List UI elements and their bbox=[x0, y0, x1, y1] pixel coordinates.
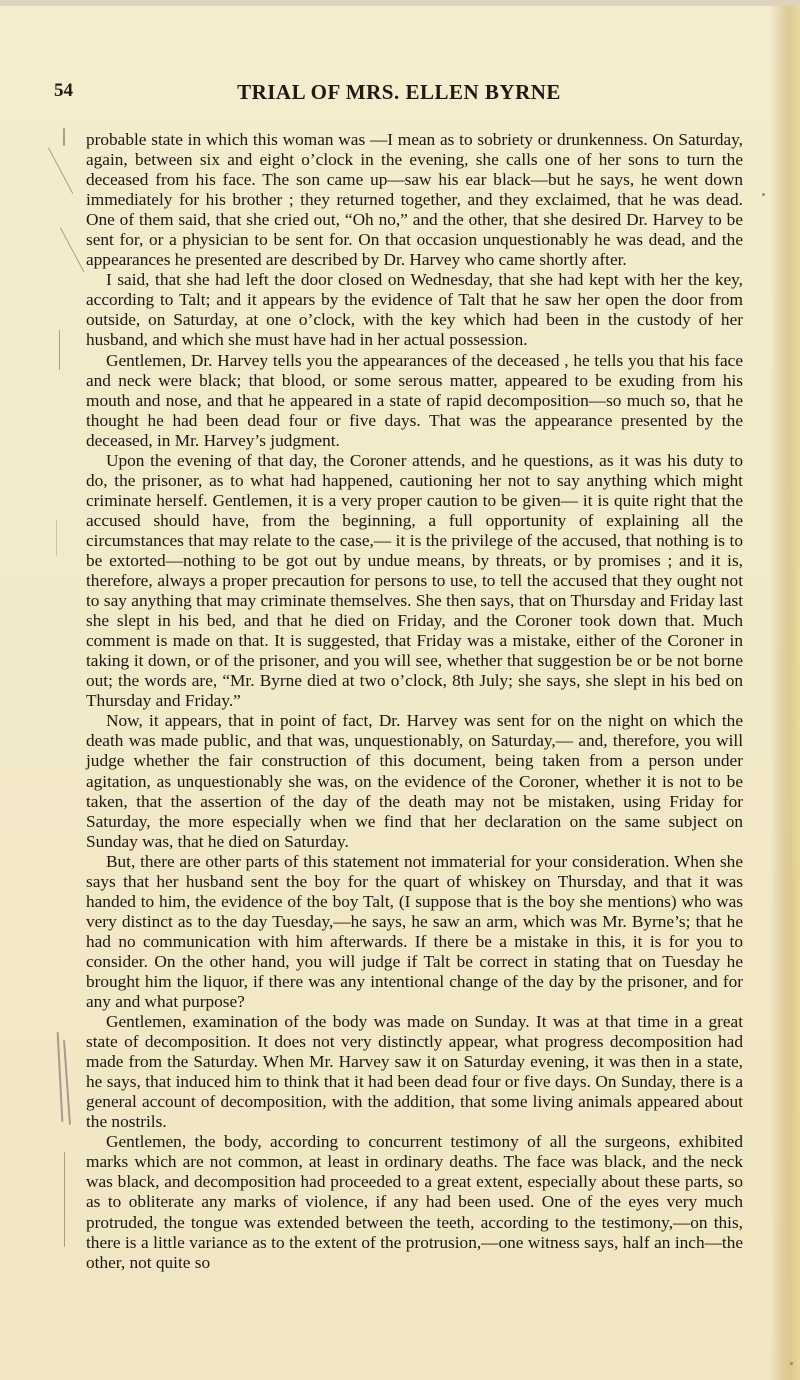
paragraph: I said, that she had left the door close… bbox=[86, 270, 743, 350]
running-title: TRIAL OF MRS. ELLEN BYRNE bbox=[54, 80, 744, 105]
pencil-mark bbox=[63, 128, 65, 146]
paragraph: Upon the evening of that day, the Corone… bbox=[86, 451, 743, 712]
pencil-mark bbox=[57, 1032, 64, 1122]
paragraph: probable state in which this woman was —… bbox=[86, 130, 743, 270]
paragraph: Gentlemen, examination of the body was m… bbox=[86, 1012, 743, 1132]
paragraph: Now, it appears, that in point of fact, … bbox=[86, 711, 743, 851]
paper-spot bbox=[790, 1362, 793, 1365]
pencil-mark bbox=[63, 1040, 70, 1125]
paragraph: But, there are other parts of this state… bbox=[86, 852, 743, 1012]
pencil-mark bbox=[64, 1152, 65, 1247]
pencil-mark bbox=[59, 330, 60, 370]
pencil-mark bbox=[60, 227, 85, 272]
paper-spot bbox=[762, 193, 765, 196]
scan-edge bbox=[0, 0, 800, 6]
pencil-mark bbox=[56, 520, 57, 556]
book-page: 54 TRIAL OF MRS. ELLEN BYRNE probable st… bbox=[0, 0, 800, 1380]
paragraph: Gentlemen, Dr. Harvey tells you the appe… bbox=[86, 351, 743, 451]
pencil-mark bbox=[48, 147, 73, 193]
page-header: 54 TRIAL OF MRS. ELLEN BYRNE bbox=[54, 80, 744, 110]
body-text: probable state in which this woman was —… bbox=[86, 130, 743, 1273]
paragraph: Gentlemen, the body, according to concur… bbox=[86, 1132, 743, 1272]
